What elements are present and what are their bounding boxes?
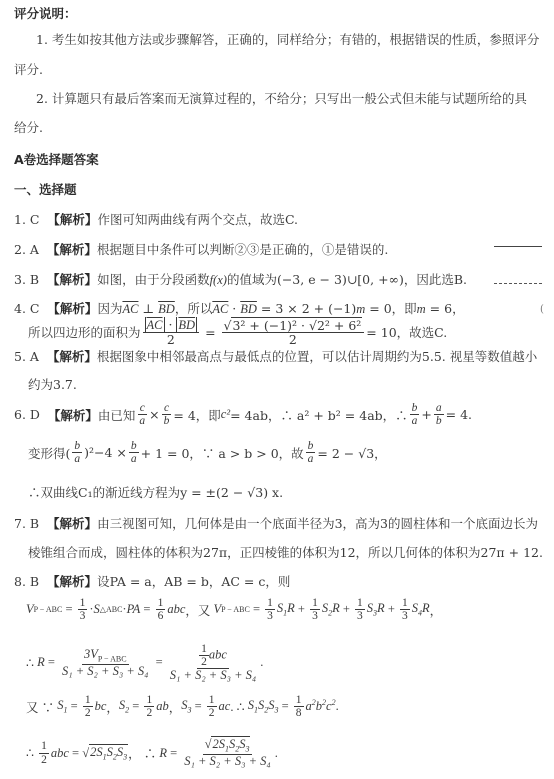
dot-operator: · [228,301,240,316]
answer-8-radius-formula: ∴ R = 3VP − ABCS₁ + S₂ + S₃ + S₄ = 12abc… [26,643,263,682]
answer-text: 根据题目中条件可以判断②③是正确的，①是错误的. [97,242,388,257]
answer-text: = 10，故选C. [366,323,447,341]
vector-bd: BD [240,302,257,316]
answer-6-line-2: 变形得( ba )²−4 × ba + 1 = 0，∵ a > b > 0，故 … [28,440,387,465]
answer-text: 根据图象中相邻最高点与最低点的位置，可以估计周期约为5.5. 视星等数值越小 [97,349,537,364]
analysis-tag: 【解析】 [47,301,97,316]
answer-text: 所以四边形的面积为 [28,323,141,341]
answer-text: = 4，即 [173,406,220,424]
answer-6-line-3: ∴双曲线C₁的渐近线方程为y = ±(2 − √3) x. [28,483,283,501]
variable-m: m [417,302,426,316]
fraction-b-over-a: ba [72,440,82,465]
vector-ac: AC [147,318,163,332]
radicand: 3² + (−1)² · √2² + 6² [231,317,362,333]
fraction: √3² + (−1)² · √2² + 6² 2 [222,319,365,346]
answer-text: = 3 × 2 + (−1) [257,301,356,316]
answer-8-area-relations: 又 ∵ S1 = 12bc， S2 = 12ab， S3 = 12ac. ∴ S… [26,694,339,719]
fraction-a-over-b: ab [434,402,444,427]
fraction-c-over-b: cb [162,402,172,427]
section-a-title: A卷选择题答案 [14,150,99,168]
scoring-note-2-line-2: 给分. [14,118,43,136]
analysis-tag: 【解析】 [47,349,97,364]
scoring-notes-title: 评分说明： [14,4,77,22]
answer-text: 的值域为(−3, e − 3)∪[0, +∞)，因此选B. [227,272,467,287]
graph-fragment-dashed-line [494,283,542,284]
answer-6: 6. D 【解析】由已知 ca × cb = 4，即c² = 4ab，∴ a² … [14,402,472,427]
answer-number: 2. A [14,242,39,257]
answer-text: 设PA = a，AB = b，AC = c，则 [97,574,290,589]
part-one-title: 一、选择题 [14,180,77,198]
answer-7-line-2: 棱锥组合而成，圆柱体的体积为27π，正四棱锥的体积为12，所以几何体的体积为27… [28,543,543,561]
graph-fragment-line [494,246,542,247]
fraction: 3VP − ABCS₁ + S₂ + S₃ + S₄ [60,648,150,678]
answer-text: 由已知 [98,406,136,424]
answer-3: 3. B 【解析】如图，由于分段函数f(x)的值域为(−3, e − 3)∪[0… [14,270,467,288]
scoring-note-2-line-1: 2. 计算题只有最后答案而无演算过程的，不给分；只写出一般公式但未能与试题所给的… [36,89,527,107]
fraction-b-over-a: ba [410,402,420,427]
answer-text: = 6， [426,301,465,316]
function-symbol: f(x) [210,273,227,287]
answer-text: 作图可知两曲线有两个交点，故选C. [97,212,298,227]
denominator: 2 [287,333,299,346]
analysis-tag: 【解析】 [48,406,98,424]
answer-text: = 4. [446,407,472,422]
answer-number: 1. C [14,212,39,227]
answer-5-line-2: 约为3.7. [28,375,77,393]
vector-ac: AC [212,302,228,316]
answer-8-final-radius: ∴ 12abc = √2S1S2S3， ∴ R = √2S1S2S3S₁ + S… [26,738,278,768]
analysis-tag: 【解析】 [47,272,97,287]
denominator: 2 [165,333,177,346]
answer-text: = 0，即 [365,301,416,316]
answer-number: 4. C [14,301,39,316]
answer-4-area-formula: 所以四边形的面积为 AC · BD 2 = √3² + (−1)² · √2² … [28,318,447,346]
fraction: 12abcS₁ + S₂ + S₃ + S₄ [168,643,258,682]
fraction: √2S1S2S3S₁ + S₂ + S₃ + S₄ [182,738,272,768]
answer-2: 2. A 【解析】根据题目中条件可以判断②③是正确的，①是错误的. [14,240,388,258]
vector-bd: BD [178,318,195,332]
answer-number: 5. A [14,349,39,364]
fraction-b-over-a: ba [129,440,139,465]
vector-bd: BD [158,302,175,316]
answer-5: 5. A 【解析】根据图象中相邻最高点与最低点的位置，可以估计周期约为5.5. … [14,347,537,365]
answer-7: 7. B 【解析】由三视图可知，几何体是由一个底面半径为3，高为3的圆柱体和一个… [14,514,538,532]
answer-text: 因为 [97,301,122,316]
analysis-tag: 【解析】 [47,574,97,589]
answer-text: 变形得( [28,444,70,462]
scoring-note-1-line-1: 1. 考生如按其他方法或步骤解答，正确的，同样给分；有错的，根据错误的性质，参照… [36,30,539,48]
answer-text: 由三视图可知，几何体是由一个底面半径为3，高为3的圆柱体和一个底面边长为 [97,516,538,531]
answer-text: = 2 − √3， [317,444,386,462]
answer-1: 1. C 【解析】作图可知两曲线有两个交点，故选C. [14,210,298,228]
answer-8: 8. B 【解析】设PA = a，AB = b，AC = c，则 [14,572,290,590]
fraction-c-over-a: ca [137,402,147,427]
vector-ac: AC [122,302,138,316]
answer-number: 8. B [14,574,39,589]
answer-4: 4. C 【解析】因为AC ⊥ BD，所以AC · BD = 3 × 2 + (… [14,299,465,317]
fraction-b-over-a: ba [306,440,316,465]
answer-text: ，所以 [175,301,213,316]
answer-text: + 1 = 0，∵ a > b > 0，故 [141,444,304,462]
answer-text: = 4ab，∴ a² + b² = 4ab，∴ [230,406,408,424]
analysis-tag: 【解析】 [47,242,97,257]
clipped-glyph: ( [540,304,544,315]
answer-text: 如图，由于分段函数 [97,272,210,287]
answer-8-volume-formula: VP − ABC = 13 ·S△ABC·PA = 16 abc，又 VP − … [26,597,442,622]
answer-number: 3. B [14,272,39,287]
perp-symbol: ⊥ [138,301,158,316]
answer-number: 6. D [14,407,40,422]
analysis-tag: 【解析】 [47,212,97,227]
scoring-note-1-line-2: 评分. [14,60,43,78]
variable-m: m [356,302,365,316]
answer-text: )²−4 × [84,445,127,460]
answer-number: 7. B [14,516,39,531]
fraction: AC · BD 2 [143,318,200,346]
analysis-tag: 【解析】 [47,516,97,531]
